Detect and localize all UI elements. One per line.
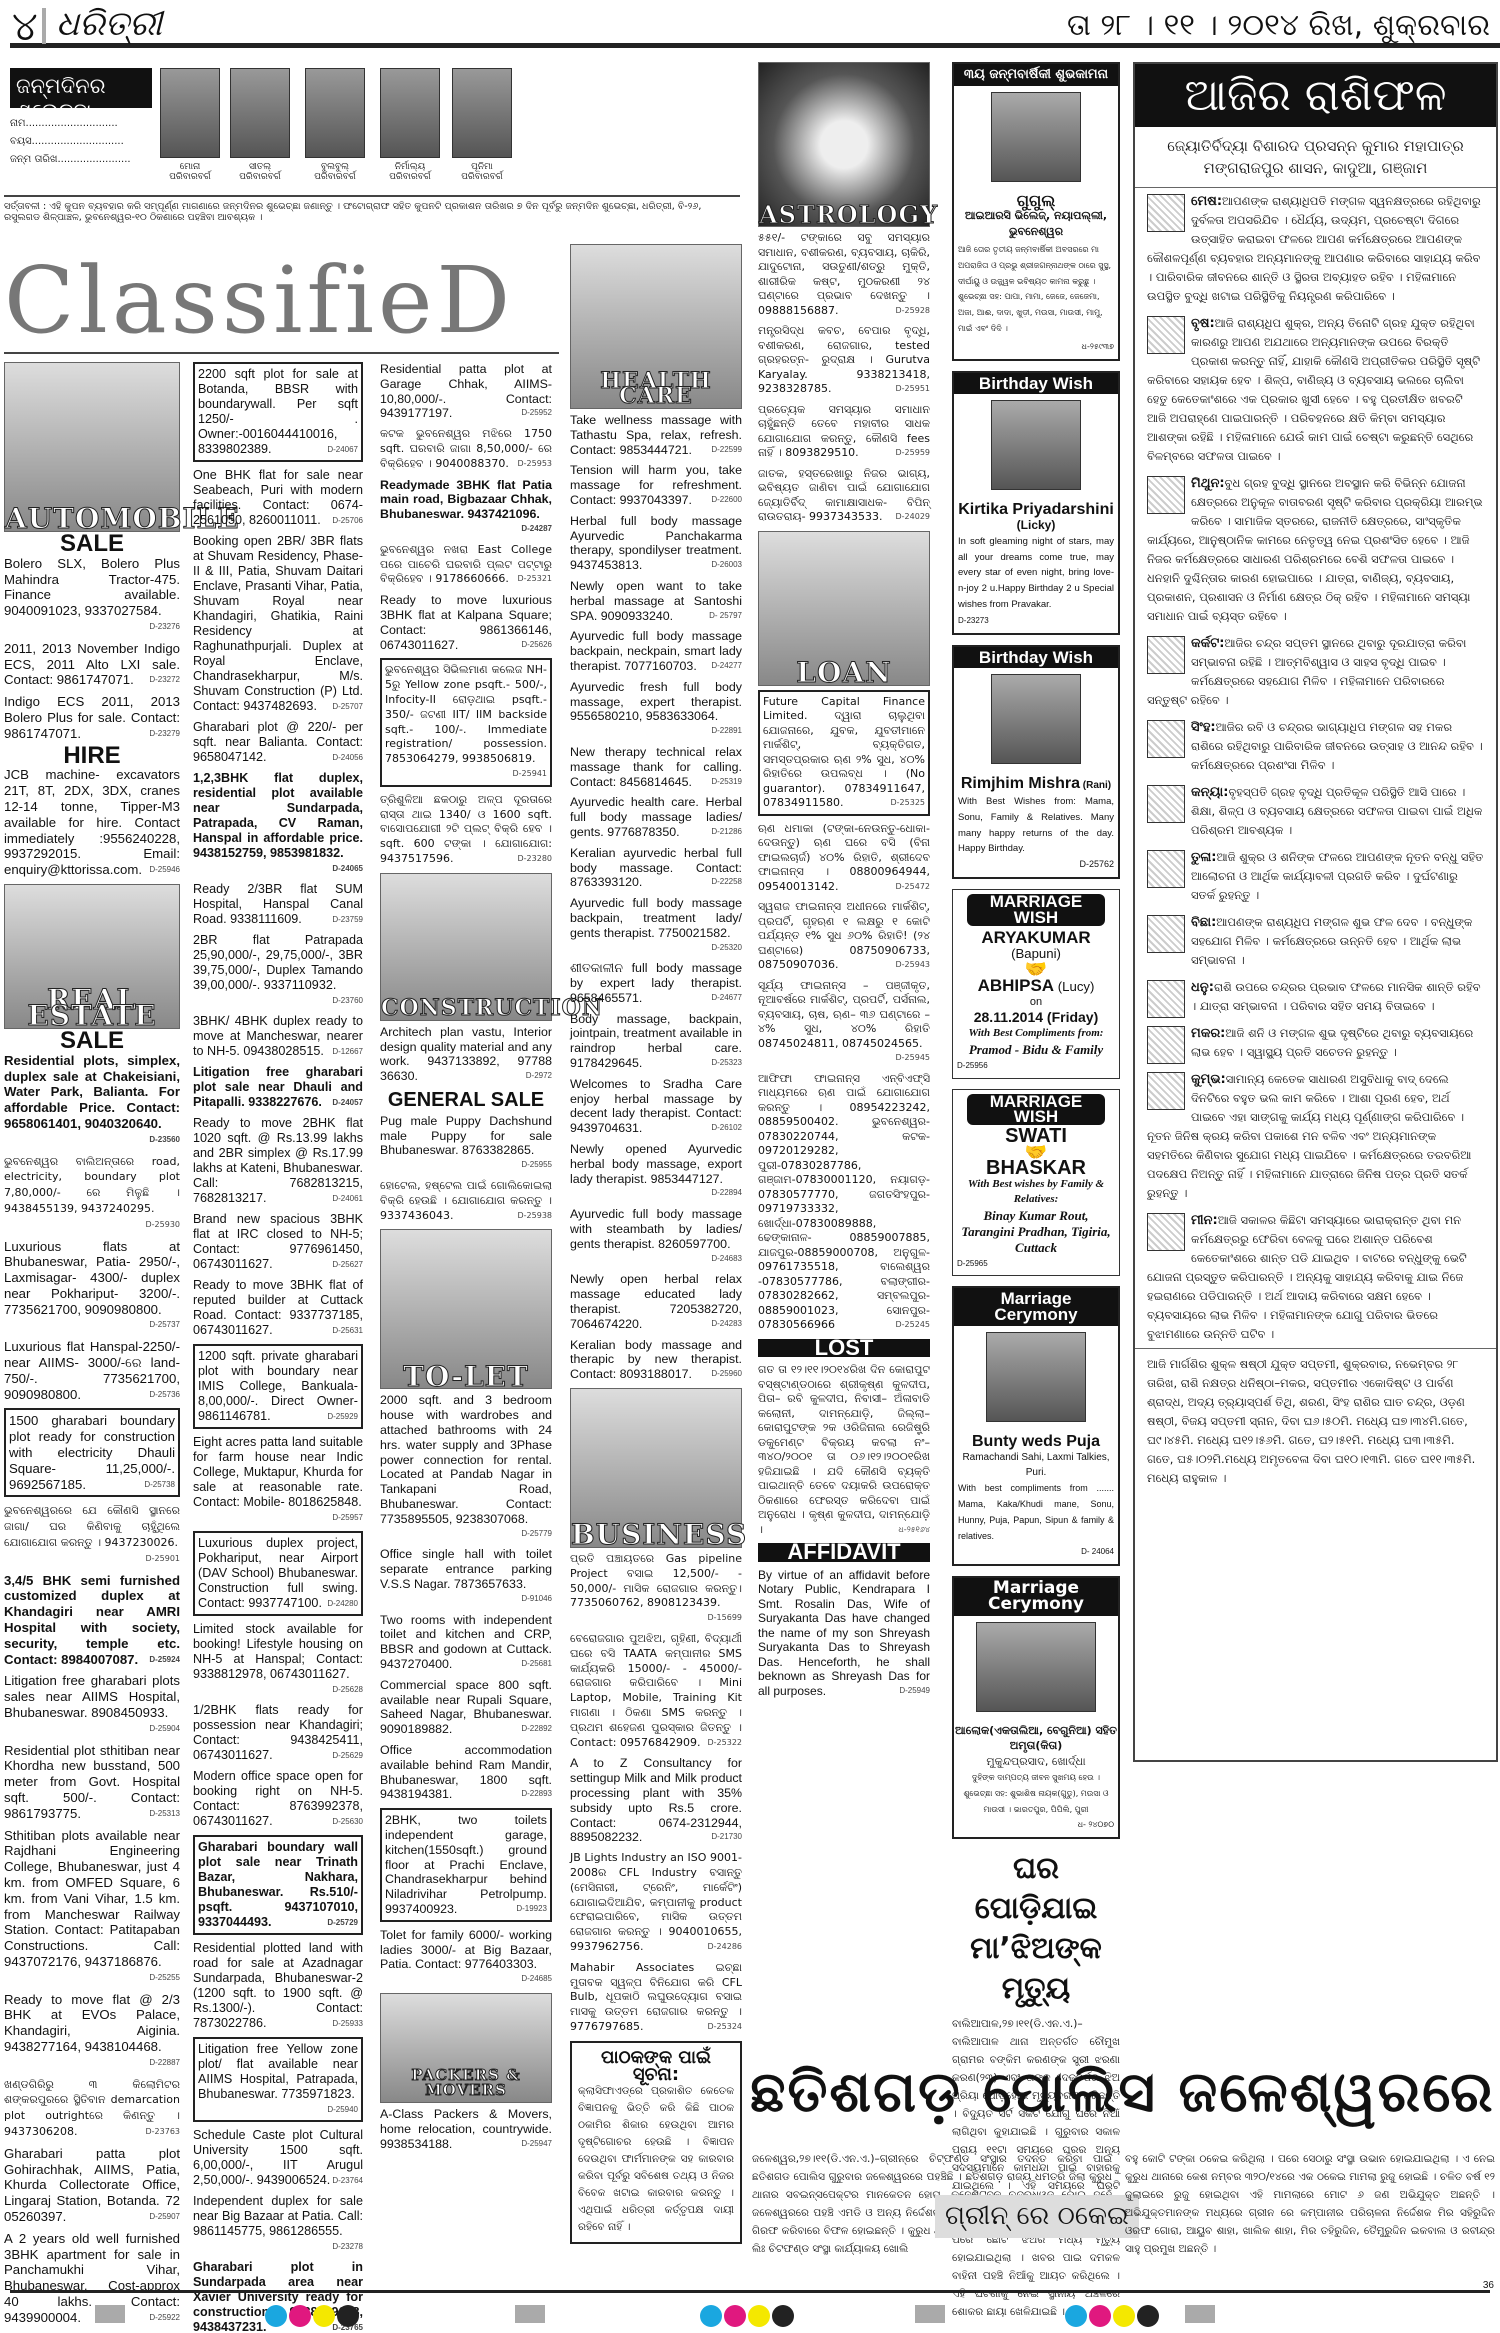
classified-ad: Residential plots, simplex, duplex sale …	[4, 1053, 180, 1148]
classified-ad: ଭୁବନେଶ୍ୱର ନଖରା East College ପରେ ପାଚେରି ଘ…	[380, 543, 552, 587]
classified-banner: ClassifieD	[4, 248, 559, 354]
column-automobile-realestate: AUTOMOBILE SALE Bolero SLX, Bolero Plus …	[4, 362, 180, 2332]
realestate-banner: REAL ESTATE	[4, 884, 180, 1029]
classified-ad: 3BHK/ 4BHK duplex ready to move at Manch…	[193, 1014, 363, 1059]
classified-ad: ଭୁବନେଶ୍ୱର ବାଲିଅନ୍ତାରେ road, electricity,…	[4, 1154, 180, 1233]
classified-ad: Residential patta plot at Garage Chhak, …	[380, 362, 552, 421]
gray-registration-mark	[95, 2305, 125, 2328]
classified-ad: Booking open 2BR/ 3BR flats at Shuvam Re…	[193, 534, 363, 714]
libra-icon	[1147, 850, 1185, 888]
classified-ad: 1200 sqft. private gharabari plot with b…	[193, 1344, 363, 1429]
classified-ad: 2BR flat Patrapada 25,90,000/-, 29,75,00…	[193, 933, 363, 1008]
classified-ad: Readymade 3BHK flat Patia main road, Big…	[380, 478, 552, 537]
gray-registration-mark	[915, 2305, 945, 2328]
healthcare-banner: HEALTH CARE	[570, 244, 742, 409]
classified-ad: ମନ୍ତ୍ରସିଦ୍ଧ କବଚ, ବେପାର ବୃଦ୍ଧି, ବଶୀକରଣ, ର…	[758, 324, 930, 397]
birthday-coupon-fields: ନାମ............................. ବୟସ....…	[10, 115, 152, 169]
classified-ad: Luxurious flats at Bhubaneswar, Patia- 2…	[4, 1239, 180, 1334]
classified-ad: JB Lights Industry an ISO 9001- 2008ର CF…	[570, 1851, 742, 1955]
classified-ad: Schedule Caste plot Cultural University …	[193, 2128, 363, 2188]
classified-ad: Keralian body massage and therapic by ne…	[570, 1338, 742, 1382]
classified-ad: Architech plan vastu, Interior design qu…	[380, 1025, 552, 1084]
photo	[991, 674, 1081, 764]
classified-ad: Mahabir Associates ଇଚ୍ଛା ମୁତାବକ ସ୍ୱଳ୍ପ ବ…	[570, 1961, 742, 2035]
photo	[991, 92, 1081, 182]
classified-ad: Sthitiban plots available near Rajdhani …	[4, 1828, 180, 1986]
classified-ad: ଋଣ ଧମାକା (ଟଙ୍କା-ନେଉନ୍ତୁ-ଧୋକା-ଦେଉନ୍ତୁ) ଋଣ…	[758, 822, 930, 895]
zodiac-sagittarius: ଧନୁ:ରାଶି ଉପରେ ଚନ୍ଦ୍ରର ପ୍ରଭାବ ଫଳରେ ମାନସିକ…	[1135, 974, 1496, 1020]
classified-ad: ପ୍ରତ୍ୟେକ ସମସ୍ୟାର ସମାଧାନ ଚାହୁଁଛନ୍ତି ତେବେ …	[758, 403, 930, 461]
classified-ad: ଆଫିଫା ଫାଇନାନ୍ସ ଏନ୍‌ବିଏଫ୍‌ସି ମାଧ୍ୟମରେ ଋଣ …	[758, 1072, 930, 1333]
section-heading: SALE	[4, 1033, 180, 1049]
kid-photo-card: ନିର୍ମାଲ୍ୟପରିବାରବର୍ଗ	[380, 68, 440, 182]
zodiac-aries: ମେଷ:ଆପଣଙ୍କ ରାଶ୍ୟାଧିପତି ମଙ୍ଗଳ ସ୍ୱନକ୍ଷତ୍ରର…	[1135, 188, 1496, 310]
leo-icon	[1147, 720, 1185, 758]
classified-ad: Ayurvedic health care. Herbal full body …	[570, 795, 742, 839]
section-heading: GENERAL SALE	[380, 1090, 552, 1110]
classified-ad: ଭୁବନେଶ୍ୱର ସିଭିଲମାଣ କଲେଜ NH-5ରୁ Yellow zo…	[380, 658, 552, 786]
column-wishes: ୩ୟ ଜନ୍ମବାର୍ଷିକୀ ଶୁଭକାମନା ଗୁଗୁଲ୍ ଆଇଆରସି ଭ…	[952, 62, 1120, 2321]
classified-ad: New therapy technical relax massage than…	[570, 745, 742, 789]
photo	[976, 1622, 1096, 1712]
classified-ad: ସ୍ୱରାଜ ଫାଇନାନ୍ସ ଅଧୀନରେ ମାର୍କଶିଟ୍, ପ୍ରପର୍…	[758, 900, 930, 973]
classified-ad: Pug male Puppy Dachshund male Puppy for …	[380, 1114, 552, 1173]
kid-photo	[305, 68, 365, 158]
news-headline: ଘର ପୋଡ଼ିଯାଇ ମା’ଝିଅଙ୍କ ମୃତ୍ୟୁ	[952, 1849, 1120, 2009]
zodiac-taurus: ବୃଷ:ଆଜି ରାଶ୍ୟଧିପ ଶୁକ୍ର, ଅନ୍ୟ ତିନୋଟି ଗ୍ରହ…	[1135, 310, 1496, 470]
business-banner: BUSINESS	[570, 1388, 742, 1548]
column-construction-tolet: Residential patta plot at Garage Chhak, …	[380, 362, 552, 2157]
gray-registration-mark	[515, 2305, 545, 2328]
capricorn-icon	[1147, 1026, 1185, 1064]
birthday-wish-card: Birthday Wish Kirtika Priyadarshini (Lic…	[952, 371, 1120, 635]
bottom-news-headline: ଛତିଶଗଡ଼ ପୋଲିସ ଜଳେଶ୍ୱରରେ	[750, 2060, 1495, 2126]
automobile-banner: AUTOMOBILE	[4, 362, 180, 532]
tolet-banner: TO-LET	[380, 1229, 552, 1389]
pull-quote: ଗ୍ରୀନ୍ ରେ ଠକେଇ	[935, 2195, 1139, 2238]
classified-ad: Commercial space 800 sqft. available nea…	[380, 1678, 552, 1737]
classified-ad: 1,2,3BHK flat duplex, residential plot a…	[193, 771, 363, 876]
horoscope-panel: ଆଜିର ରାଶିଫଳ ଜ୍ୟୋତିର୍ବିଦ୍ୟା ବିଶାରଦ ପ୍ରସନ୍…	[1133, 62, 1498, 1762]
cmyk-registration-marks	[700, 2305, 796, 2332]
classified-ad: ତ୍ରିଶୁଳିଆ ଛକଠାରୁ ଅଳ୍ପ ଦୂରତାରେ ରାସ୍ତା ଥାଇ…	[380, 793, 552, 867]
cmyk-registration-marks	[265, 2305, 361, 2332]
classified-ad: Gharabari boundary wall plot sale near T…	[193, 1835, 363, 1935]
classified-ad: ଖଣ୍ଡଗିରିରୁ ୩ କିଲୋମିଟର ଶଙ୍କରପୁରରେ ସ୍ଥିତିବ…	[4, 2077, 180, 2140]
classified-ad: Ready to move 2BHK flat 1020 sqft. @ Rs.…	[193, 1116, 363, 1206]
classified-ad: A-Class Packers & Movers, home relocatio…	[380, 2107, 552, 2151]
classified-ad: Body massage, backpain, jointpain, treat…	[570, 1012, 742, 1071]
classified-ad: Ayurvedic full body massage with steamba…	[570, 1207, 742, 1266]
classified-ad: Ready to move flat @ 2/3 BHK at EVOs Pal…	[4, 1992, 180, 2071]
zodiac-capricorn: ମକର:ଆଜି ଶନି ଓ ମଙ୍ଗଳ ଶୁଭ ଦୃଷ୍ଟିରେ ଥିବାରୁ …	[1135, 1020, 1496, 1066]
page-number: ୪	[12, 4, 38, 50]
classified-ad: JCB machine- excavators 21T, 8T, 2DX, 3D…	[4, 767, 180, 878]
footer-rule	[10, 2290, 1490, 2293]
column-astrology-loan: ASTROLOGY ୫୫୧/- ଟଙ୍କାରେ ସବୁ ସମସ୍ୟାର ସମାଧ…	[758, 62, 930, 1704]
classified-ad: Tolet for family 6000/- working ladies 3…	[380, 1928, 552, 1987]
section-heading-lost: LOST	[758, 1339, 930, 1358]
classified-ad: Future Capital Finance Limited. ଦ୍ୱାରା ଚ…	[758, 690, 930, 816]
kid-photo	[380, 68, 440, 158]
classified-ad: ହୋଟେଲ, ହଷ୍ଟେଲ ପାଇଁ ଗୋଲିକୋଇଲା ବିକ୍ରି ହେଉଛ…	[380, 1179, 552, 1223]
classified-ad: Luxurious flat Hanspal-2250/- near AIIMS…	[4, 1339, 180, 1402]
classified-ad: Gharabari plot @ 220/- per sqft. near Ba…	[193, 720, 363, 765]
coupon-terms: ସର୍ତ୍ତାବଳୀ : ଏହି କୁପନ ବ୍ୟବହାର କରି ସମ୍ପୂର…	[4, 195, 740, 223]
aquarius-icon	[1147, 1072, 1185, 1110]
classified-ad: ଜାତକ, ହସ୍ତରେଖାରୁ ନିଜର ଭାଗ୍ୟ, ଭବିଷ୍ୟତ ଜାଣ…	[758, 467, 930, 525]
astrologer-credit: ଜ୍ୟୋତିର୍ବିଦ୍ୟା ବିଶାରଦ ପ୍ରସନ୍ନ କୁମାର ମହାପ…	[1135, 127, 1496, 188]
classified-ad: 1500 gharabari boundary plot ready for c…	[4, 1408, 180, 1497]
classified-ad: Luxurious duplex project, Pokhariput, ne…	[193, 1531, 363, 1616]
classified-ad: 2000 sqft. and 3 bedroom house with ward…	[380, 1393, 552, 1541]
classified-ad: ସୂର୍ଯ୍ୟ ଫାଇନାନ୍ସ – ପଞ୍ଜୀକୃତ, ନୂଆବର୍ଷରେ ମ…	[758, 979, 930, 1066]
classified-ad: Ready to move 3BHK flat of reputed build…	[193, 1278, 363, 1338]
zodiac-scorpio: ବିଛା:ଆପଣଙ୍କ ରାଶ୍ୟଧିପ ମଙ୍ଗଳ ଶୁଭ ଫଳ ଦେବ । …	[1135, 909, 1496, 974]
classified-ad: Indigo ECS 2011, 2013 Bolero Plus for sa…	[4, 694, 180, 741]
classified-ad: Ready to move luxurious 3BHK flat at Kal…	[380, 593, 552, 652]
marriage-ceremony-card: Marriage Cerymony ଆଲୋକ(ଏକତାଲିଆ, ବେଗୁନିଆ)…	[952, 1576, 1120, 1839]
page-code: 36	[1483, 2280, 1494, 2291]
scorpio-icon	[1147, 915, 1185, 953]
taurus-icon	[1147, 316, 1185, 354]
marriage-wish-card: MARRIAGE WISH ARYAKUMAR (Bapuni) 🤝 ABHIP…	[952, 889, 1120, 1079]
birthday-coupon-title: ଜନ୍ମଦିନର ଶୁଭେଚ୍ଛା	[10, 68, 152, 108]
reader-notice: ପାଠକଙ୍କ ପାଇଁ ସୂଚନା:କ୍ଲାସିଫାଏଡ୍‌ରେ ପ୍ରକାଶ…	[570, 2041, 742, 2244]
classified-ad: 3,4/5 BHK semi furnished customized dupl…	[4, 1573, 180, 1668]
classified-ad: 2BHK, two toilets independent garage, ki…	[380, 1808, 552, 1922]
section-heading-affidavit: AFFIDAVIT	[758, 1543, 930, 1562]
virgo-icon	[1147, 785, 1185, 823]
kid-photo-card: ପୂନିମାପରିବାରବର୍ଗ	[452, 68, 512, 182]
loan-banner: LOAN	[758, 531, 930, 686]
birthday-wish-card: ୩ୟ ଜନ୍ମବାର୍ଷିକୀ ଶୁଭକାମନା ଗୁଗୁଲ୍ ଆଇଆରସି ଭ…	[952, 62, 1120, 361]
classified-ad: Bolero SLX, Bolero Plus Mahindra Tractor…	[4, 556, 180, 635]
classified-ad: Ready 2/3BR flat SUM Hospital, Hanspal C…	[193, 882, 363, 927]
kid-photo	[452, 68, 512, 158]
classified-ad: One BHK flat for sale near Seabeach, Pur…	[193, 468, 363, 528]
panjika-almanac: ଆଜି ମାର୍ଗଶିର ଶୁକ୍ଳ ଷଷ୍ଠୀ ଯୁକ୍ତ ସପ୍ତମୀ, ଶ…	[1135, 1348, 1496, 1494]
zodiac-leo: ସିଂହ:ଆଜିର ରବି ଓ ଚନ୍ଦ୍ରର ଭାଗ୍ୟାଧିପ ମଙ୍ଗଳ …	[1135, 714, 1496, 779]
kid-photo-card: ସୀତଲ୍ପରିବାରବର୍ଗ	[230, 68, 290, 182]
issue-date: ତା ୨୮ । ୧୧ । ୨୦୧୪ ରିଖ, ଶୁକ୍ରବାର	[1067, 8, 1490, 43]
column-healthcare-business: HEALTH CARE Take wellness massage with T…	[570, 244, 742, 2244]
classified-ad: Brand new spacious 3BHK flat at IRC clos…	[193, 1212, 363, 1272]
classified-ad: Two rooms with independent toilet and ki…	[380, 1613, 552, 1672]
classified-ad: କଟକ ଭୁବନେଶ୍ୱର ମଝିରେ 1750 sqft. ଘରବାରି ଜା…	[380, 427, 552, 471]
classified-ad: Newly open want to take herbal massage a…	[570, 579, 742, 623]
classified-ad: Eight acres patta land suitable for farm…	[193, 1435, 363, 1525]
horoscope-title: ଆଜିର ରାଶିଫଳ	[1135, 64, 1496, 127]
zodiac-libra: ତୁଳା:ଆଜି ଶୁକ୍ର ଓ ଶନିଙ୍କ ଫଳରେ ଆପଣଙ୍କ ନୂତନ…	[1135, 844, 1496, 909]
zodiac-gemini: ମିଥୁନ:ବୁଧ ଗ୍ରହ ବୁଦ୍ଧି ସ୍ଥାନରେ ଅବସ୍ଥାନ କର…	[1135, 470, 1496, 630]
column-property-listings: 2200 sqft plot for sale at Botanda, BBSR…	[193, 362, 363, 2333]
classified-ad: Litigation free Yellow zone plot/ flat a…	[193, 2037, 363, 2122]
classified-ad: ଭୁବନେଶ୍ୱରରେ ଯେ କୌଣସି ସ୍ଥାନରେ ଜାଗା/ ଘର କି…	[4, 1503, 180, 1566]
coupon-age-field[interactable]: ବୟସ.............................	[10, 133, 152, 151]
gray-registration-mark	[1185, 2305, 1215, 2328]
cmyk-registration-marks	[1065, 2305, 1161, 2332]
classified-ad: Litigation free gharabari plot sale near…	[193, 1065, 363, 1110]
packers-banner: PACKERS & MOVERS	[380, 1993, 552, 2103]
classified-ad: ୫୫୧/- ଟଙ୍କାରେ ସବୁ ସମସ୍ୟାର ସମାଧାନ, ବଶୀକରଣ…	[758, 231, 930, 318]
marriage-wish-card: MARRIAGE WISH SWATI 🤝 BHASKAR With Best …	[952, 1089, 1120, 1277]
classified-ad: A 2 years old well furnished 3BHK apartm…	[4, 2231, 180, 2326]
classified-ad: Take wellness massage with Tathastu Spa,…	[570, 413, 742, 457]
classified-ad: Welcomes to Sradha Care enjoy herbal mas…	[570, 1077, 742, 1136]
sagittarius-icon	[1147, 980, 1185, 1018]
classified-ad: Gharabari patta plot Gohirachhak, AIIMS,…	[4, 2146, 180, 2225]
classified-ad: Herbal full body massage Ayurvedic Panch…	[570, 514, 742, 573]
classified-ad: Newly opened Ayurvedic herbal body massa…	[570, 1142, 742, 1201]
classified-ad: Modern office space open for booking rig…	[193, 1769, 363, 1829]
classified-ad: Office single hall with toilet separate …	[380, 1547, 552, 1606]
classified-ad: Office accommodation available behind Ra…	[380, 1743, 552, 1802]
classified-ad: ଗତ ତା ୧୨।୧୧।୨୦୧୪ରିଖ ଦିନ କୋରାପୁଟ ବସ୍‌ଷ୍ଟା…	[758, 1363, 930, 1537]
pisces-icon	[1147, 1213, 1185, 1251]
classified-ad: ଶୀତକାଳୀନ full body massage by expert lad…	[570, 961, 742, 1005]
classified-ad: ପ୍ରତି ପଞ୍ଚାୟତରେ Gas pipeline Project ବସା…	[570, 1552, 742, 1626]
classified-ad: 2011, 2013 November Indigo ECS, 2011 Alt…	[4, 641, 180, 688]
classified-ad: A to Z Consultancy for settingup Milk an…	[570, 1756, 742, 1845]
classified-ad: Ayurvedic fresh full body massage, exper…	[570, 680, 742, 739]
construction-banner: CONSTRUCTION	[380, 873, 552, 1021]
classified-ad: 2200 sqft plot for sale at Botanda, BBSR…	[193, 362, 363, 462]
coupon-name-field[interactable]: ନାମ.............................	[10, 115, 152, 133]
photo	[986, 1332, 1086, 1422]
aries-icon	[1147, 194, 1185, 232]
cancer-icon	[1147, 636, 1185, 674]
bottom-news-right: ବହୁ କୋଟି ଟଙ୍କା ଠକେଇ କରିଥିଲା । ପରେ ସେଠାରୁ…	[1125, 2150, 1495, 2258]
classified-ad: Ayurvedic full body massage backpain, ne…	[570, 629, 742, 673]
zodiac-virgo: କନ୍ୟା:ବୃହସ୍ପତି ଗ୍ରହ ବୃଦ୍ଧି ପ୍ରତିକୂଳ ପରିସ…	[1135, 779, 1496, 844]
marriage-ceremony-card: Marriage Cerymony Bunty weds Puja Ramach…	[952, 1286, 1120, 1566]
masthead-divider	[42, 8, 46, 44]
classified-ad: Newly open herbal relax massage educated…	[570, 1272, 742, 1331]
classified-ad: Tension will harm you, take massage for …	[570, 463, 742, 507]
section-heading: HIRE	[4, 748, 180, 764]
classified-ad: Independent duplex for sale near Big Baz…	[193, 2194, 363, 2254]
zodiac-pisces: ମୀନ:ଆଜି ସକାଳର କିଛିଟା ସମସ୍ୟାରେ ଭାରାକ୍ରାନ୍…	[1135, 1207, 1496, 1348]
classified-ad: Litigation free gharabari plots sales ne…	[4, 1673, 180, 1736]
classified-ad: ବେରୋଜଗାର ପୁଅଝିଅ, ଗୃହିଣୀ, ବିଦ୍ୟାର୍ଥୀ ଘରେ …	[570, 1632, 742, 1750]
zodiac-aquarius: କୁମ୍ଭ:ସାମାନ୍ୟ କେତେକ ସାଧାରଣ ଅସୁବିଧାକୁ ବାଦ…	[1135, 1066, 1496, 1207]
kid-photo	[230, 68, 290, 158]
birthday-wish-card: Birthday Wish Rimjhim Mishra (Rani) With…	[952, 645, 1120, 879]
classified-ad: Keralian ayurvedic herbal full body mass…	[570, 846, 742, 890]
kid-photo	[160, 68, 220, 158]
classified-ad: By virtue of an affidavit before Notary …	[758, 1568, 930, 1699]
classified-ad: Residential plot sthitiban near Khordha …	[4, 1743, 180, 1822]
photo	[991, 400, 1081, 490]
section-heading: SALE	[4, 536, 180, 552]
newspaper-logo: ଧରିତ୍ରୀ	[56, 4, 162, 44]
zodiac-cancer: କର୍କଟ:ଆଜିର ଚନ୍ଦ୍ର ସପ୍ତମ ସ୍ଥାନରେ ଥିବାରୁ ଦ…	[1135, 630, 1496, 714]
classified-ad: Limited stock available for booking! Lif…	[193, 1622, 363, 1697]
astrology-banner: ASTROLOGY	[758, 62, 930, 227]
gemini-icon	[1147, 476, 1185, 514]
classified-ad: Ayurvedic full body massage backpain, tr…	[570, 896, 742, 955]
coupon-dob-field[interactable]: ଜନ୍ମ ତାରିଖ.......................	[10, 151, 152, 169]
kid-photo-card: ବୁଲବୁଲ୍ପରିବାରବର୍ଗ	[305, 68, 365, 182]
classified-ad: 1/2BHK flats ready for possession near K…	[193, 1703, 363, 1763]
classified-ad: Residential plotted land with road for s…	[193, 1941, 363, 2031]
kid-photo-card: ମୋନାପରିବାରବର୍ଗ	[160, 68, 220, 182]
